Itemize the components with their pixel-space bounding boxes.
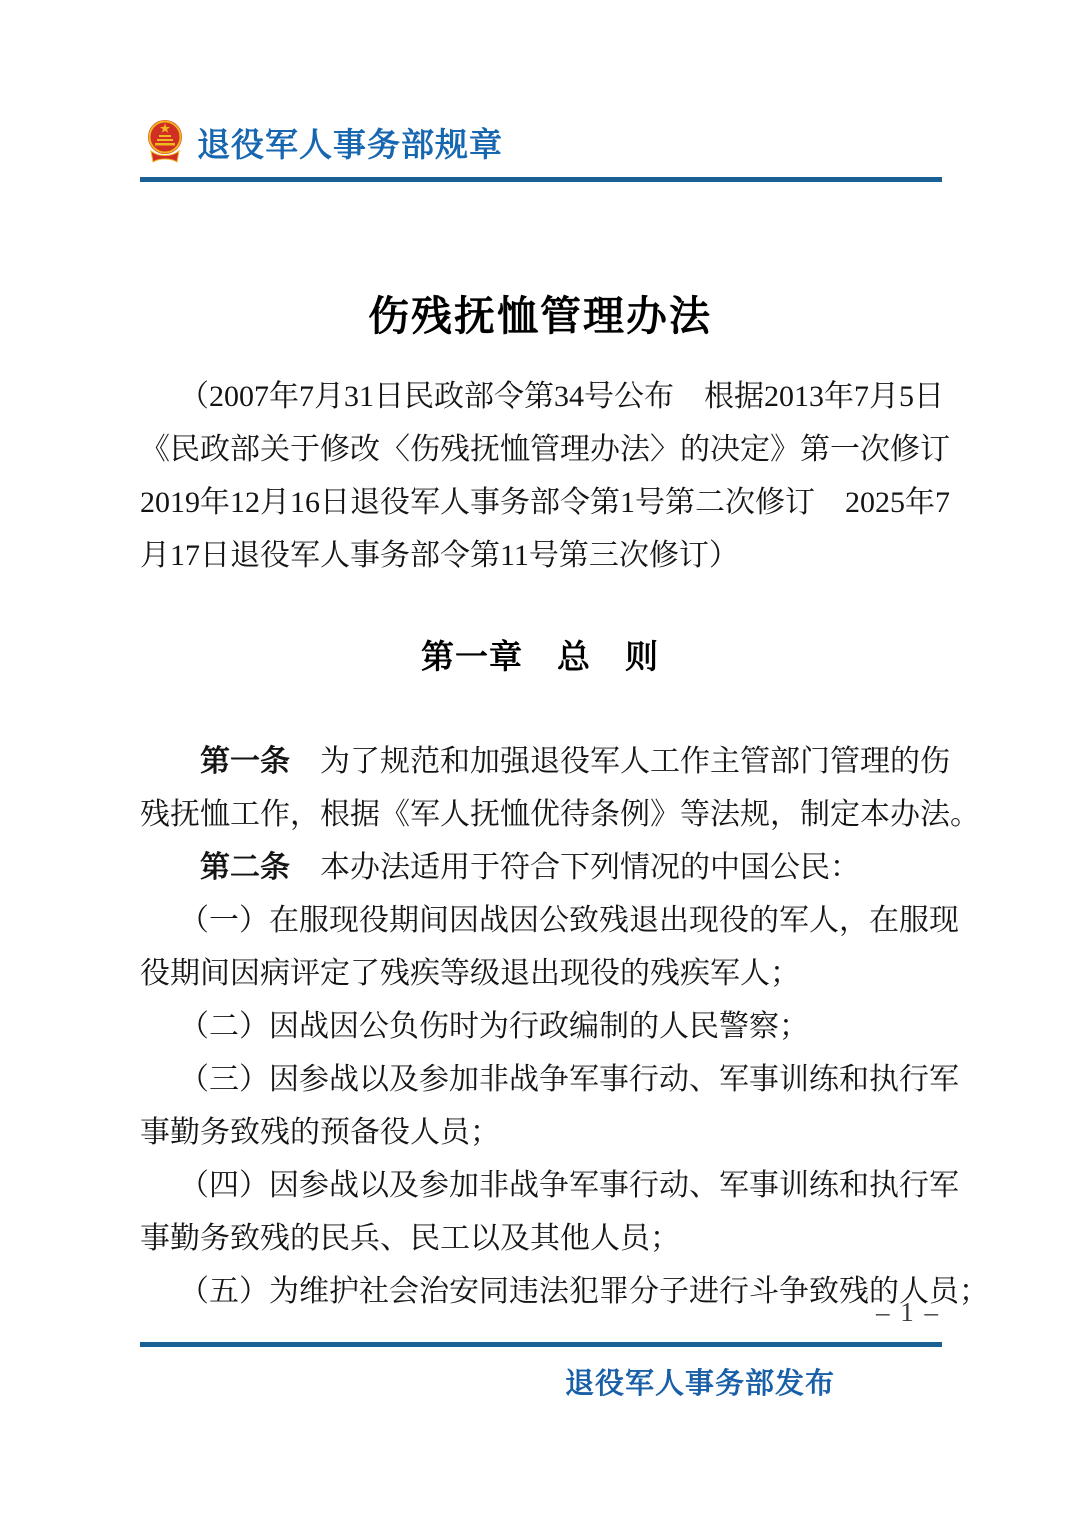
article-paragraph: （四）因参战以及参加非战争军事行动、军事训练和执行军事勤务致残的民兵、民工以及其… (140, 1159, 940, 1265)
promulgation-note-line: 2019年12月16日退役军人事务部令第1号第二次修订 2025年7 (140, 476, 940, 529)
article-list: 第一条为了规范和加强退役军人工作主管部门管理的伤残抚恤工作，根据《军人抚恤优待条… (140, 735, 940, 1318)
header-rule (140, 177, 942, 182)
article-line: 残抚恤工作，根据《军人抚恤优待条例》等法规，制定本办法。 (140, 788, 940, 841)
regulation-document-page: 退役军人事务部规章 伤残抚恤管理办法 （2007年7月31日民政部令第34号公布… (0, 0, 1080, 1526)
promulgation-note-line: 《民政部关于修改〈伤残抚恤管理办法〉的决定》第一次修订 (140, 423, 940, 476)
article-line: （一）在服现役期间因战因公致残退出现役的军人，在服现 (140, 894, 940, 947)
article-line: （二）因战因公负伤时为行政编制的人民警察； (140, 1000, 940, 1053)
publisher-label: 退役军人事务部发布 (565, 1364, 835, 1404)
national-emblem-icon (142, 116, 188, 168)
promulgation-note-line: （2007年7月31日民政部令第34号公布 根据2013年7月5日 (140, 370, 940, 423)
article-line: 第一条为了规范和加强退役军人工作主管部门管理的伤 (140, 735, 940, 788)
article-paragraph: 第二条本办法适用于符合下列情况的中国公民： (140, 841, 940, 894)
article-paragraph: （三）因参战以及参加非战争军事行动、军事训练和执行军事勤务致残的预备役人员； (140, 1053, 940, 1159)
article-line: 役期间因病评定了残疾等级退出现役的残疾军人； (140, 947, 940, 1000)
ministry-rules-label: 退役军人事务部规章 (197, 119, 503, 166)
document-body: 伤残抚恤管理办法 （2007年7月31日民政部令第34号公布 根据2013年7月… (140, 288, 940, 1318)
chapter-heading: 第一章 总 则 (140, 630, 940, 683)
article-paragraph: （一）在服现役期间因战因公致残退出现役的军人，在服现役期间因病评定了残疾等级退出… (140, 894, 940, 1000)
article-line: （三）因参战以及参加非战争军事行动、军事训练和执行军 (140, 1053, 940, 1106)
document-title: 伤残抚恤管理办法 (140, 288, 940, 344)
article-label: 第二条 (200, 851, 290, 884)
article-paragraph: 第一条为了规范和加强退役军人工作主管部门管理的伤残抚恤工作，根据《军人抚恤优待条… (140, 735, 940, 841)
article-line: 事勤务致残的民兵、民工以及其他人员； (140, 1212, 940, 1265)
article-line: （五）为维护社会治安同违法犯罪分子进行斗争致残的人员； (140, 1265, 940, 1318)
header-bar: 退役军人事务部规章 (142, 116, 503, 168)
article-paragraph: （五）为维护社会治安同违法犯罪分子进行斗争致残的人员； (140, 1265, 940, 1318)
promulgation-note: （2007年7月31日民政部令第34号公布 根据2013年7月5日《民政部关于修… (140, 370, 940, 582)
article-line: 事勤务致残的预备役人员； (140, 1106, 940, 1159)
promulgation-note-line: 月17日退役军人事务部令第11号第三次修订） (140, 529, 940, 582)
article-paragraph: （二）因战因公负伤时为行政编制的人民警察； (140, 1000, 940, 1053)
article-line: 第二条本办法适用于符合下列情况的中国公民： (140, 841, 940, 894)
article-line: （四）因参战以及参加非战争军事行动、军事训练和执行军 (140, 1159, 940, 1212)
footer-rule (140, 1342, 942, 1347)
article-label: 第一条 (200, 745, 290, 778)
page-number: – 1 – (876, 1296, 940, 1328)
